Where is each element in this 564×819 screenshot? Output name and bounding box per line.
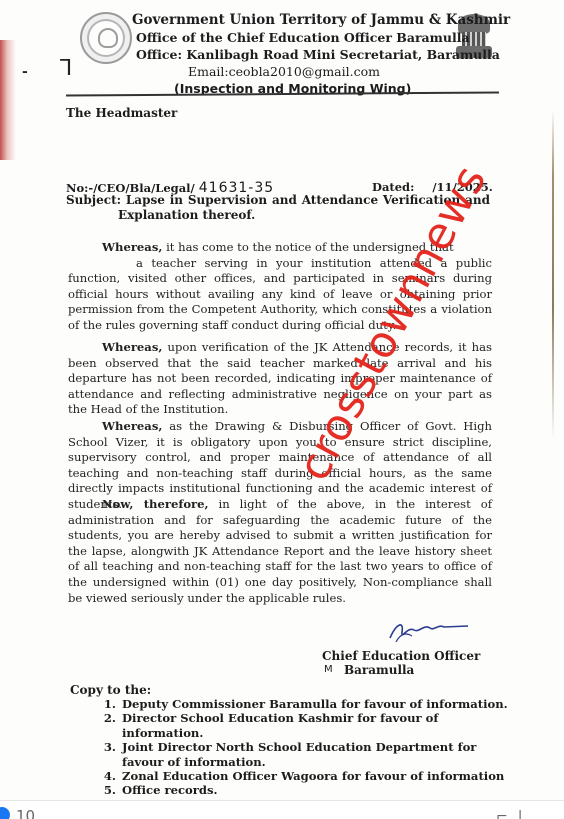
letterhead-office: Office of the Chief Education Officer Ba… xyxy=(136,30,470,45)
margin-dash-mark: - xyxy=(22,64,28,80)
copy-to-item: Joint Director North School Education De… xyxy=(120,740,520,769)
paragraph-4: Now, therefore, in light of the above, i… xyxy=(68,497,492,606)
letterhead-address: Office: Kanlibagh Road Mini Secretariat,… xyxy=(136,47,500,62)
paragraph-lead: Now, therefore, xyxy=(102,497,209,511)
paragraph-lead: Whereas, xyxy=(102,419,162,433)
share-icon[interactable]: ⌐ xyxy=(496,809,518,819)
more-icon[interactable]: | xyxy=(518,809,533,819)
like-reaction-icon[interactable] xyxy=(0,807,10,819)
paragraph-lead: Whereas, xyxy=(102,340,162,354)
signatory-place: Baramulla xyxy=(344,663,414,677)
signatory-title: Chief Education Officer xyxy=(322,649,480,663)
jk-emblem-icon xyxy=(80,12,132,64)
subject-line-continued: Explanation thereof. xyxy=(118,208,255,222)
addressee: The Headmaster xyxy=(66,106,177,120)
reaction-count[interactable]: 10 xyxy=(16,807,35,819)
copy-to-item: Director School Education Kashmir for fa… xyxy=(120,711,520,740)
page-fold-line xyxy=(552,110,554,440)
paragraph-2: Whereas, upon verification of the JK Att… xyxy=(68,340,492,418)
social-action-bar: 10 ⌐| xyxy=(0,800,564,819)
copy-to-heading: Copy to the: xyxy=(70,683,151,697)
copy-to-list: Deputy Commissioner Baramulla for favour… xyxy=(100,697,520,798)
letterhead-email: Email:ceobla2010@gmail.com xyxy=(188,64,380,79)
copy-to-item: Deputy Commissioner Baramulla for favour… xyxy=(120,697,520,711)
letterhead-government: Government Union Territory of Jammu & Ka… xyxy=(132,12,510,28)
post-action-icons: ⌐| xyxy=(496,809,532,819)
initial-mark: M xyxy=(324,664,333,675)
paragraph-lead: Whereas, xyxy=(102,240,162,254)
margin-handwritten-mark: ⅂ xyxy=(60,56,72,81)
copy-to-item: Zonal Education Officer Wagoora for favo… xyxy=(120,769,520,783)
dated-label: Dated: xyxy=(372,180,414,194)
page-edge-shadow xyxy=(0,40,16,160)
copy-to-item: Office records. xyxy=(120,783,520,797)
signature-scribble xyxy=(386,618,472,644)
document-page: - ⅂ Government Union Territory of Jammu … xyxy=(0,0,564,800)
